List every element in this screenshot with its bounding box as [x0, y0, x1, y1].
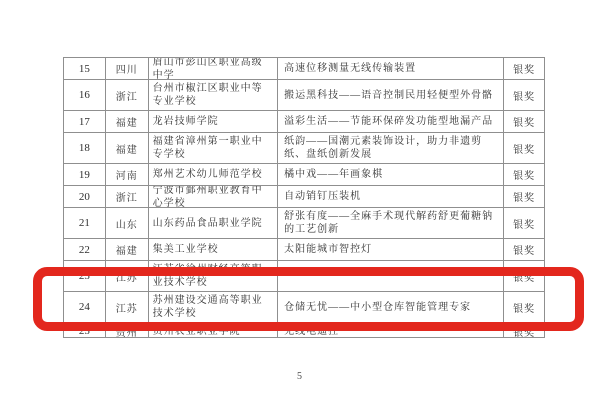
award-cell: 银奖: [504, 261, 544, 291]
province-cell: 福建: [106, 239, 149, 260]
school-cell: 集美工业学校: [149, 239, 278, 260]
row-number-cell: 22: [64, 239, 106, 260]
project-cell: 高速位移测量无线传输装置: [278, 58, 504, 79]
award-cell: 银奖: [504, 239, 544, 260]
project-cell: [278, 261, 504, 291]
project-cell: 搬运黑科技——语音控制民用轻便型外骨骼: [278, 80, 504, 110]
province-cell: 贵州: [106, 323, 149, 338]
award-cell: 银奖: [504, 133, 544, 163]
school-cell: 福建省漳州第一职业中专学校: [149, 133, 278, 163]
table-row: 17福建龙岩技师学院溢彩生活——节能环保碎发功能型地漏产品银奖: [64, 111, 544, 133]
school-cell: 郑州艺术幼儿师范学校: [149, 164, 278, 185]
table-row: 23江苏江苏省徐州财经高等职业技术学校银奖: [64, 261, 544, 292]
project-cell: 仓储无忧——中小型仓库智能管理专家: [278, 292, 504, 322]
school-cell: 宁波市鄞州职业教育中心学校: [149, 186, 278, 207]
awards-table: 15四川眉山市彭山区职业高级中学高速位移测量无线传输装置银奖16浙江台州市椒江区…: [63, 57, 545, 338]
table-row: 19河南郑州艺术幼儿师范学校橘中戏——年画象棋银奖: [64, 164, 544, 186]
school-cell: 龙岩技师学院: [149, 111, 278, 132]
row-number-cell: 15: [64, 58, 106, 79]
project-cell: 纸韵——国潮元素装饰设计，助力非遗剪纸、盘纸创新发展: [278, 133, 504, 163]
province-cell: 江苏: [106, 292, 149, 322]
award-cell: 银奖: [504, 323, 544, 338]
row-number-cell: 24: [64, 292, 106, 322]
row-number-cell: 21: [64, 208, 106, 238]
province-cell: 福建: [106, 133, 149, 163]
school-cell: 眉山市彭山区职业高级中学: [149, 58, 278, 79]
project-cell: 太阳能城市智控灯: [278, 239, 504, 260]
row-number-cell: 23: [64, 261, 106, 291]
school-cell: 台州市椒江区职业中等专业学校: [149, 80, 278, 110]
school-cell: 苏州建设交通高等职业技术学校: [149, 292, 278, 322]
award-cell: 银奖: [504, 80, 544, 110]
table-row: 24江苏苏州建设交通高等职业技术学校仓储无忧——中小型仓库智能管理专家银奖: [64, 292, 544, 323]
project-cell: 无线电遥控: [278, 323, 504, 338]
table-row: 18福建福建省漳州第一职业中专学校纸韵——国潮元素装饰设计，助力非遗剪纸、盘纸创…: [64, 133, 544, 164]
row-number-cell: 25: [64, 323, 106, 338]
row-number-cell: 20: [64, 186, 106, 207]
project-cell: 舒张有度——全麻手术现代解药舒更葡糖钠的工艺创新: [278, 208, 504, 238]
province-cell: 山东: [106, 208, 149, 238]
table-row: 16浙江台州市椒江区职业中等专业学校搬运黑科技——语音控制民用轻便型外骨骼银奖: [64, 80, 544, 111]
school-cell: 山东药品食品职业学院: [149, 208, 278, 238]
table-row: 15四川眉山市彭山区职业高级中学高速位移测量无线传输装置银奖: [64, 58, 544, 80]
award-cell: 银奖: [504, 292, 544, 322]
project-cell: 自动销钉压装机: [278, 186, 504, 207]
row-number-cell: 18: [64, 133, 106, 163]
row-number-cell: 16: [64, 80, 106, 110]
province-cell: 四川: [106, 58, 149, 79]
province-cell: 浙江: [106, 186, 149, 207]
project-cell: 溢彩生活——节能环保碎发功能型地漏产品: [278, 111, 504, 132]
document-page: 15四川眉山市彭山区职业高级中学高速位移测量无线传输装置银奖16浙江台州市椒江区…: [0, 0, 599, 417]
project-cell: 橘中戏——年画象棋: [278, 164, 504, 185]
award-cell: 银奖: [504, 58, 544, 79]
school-cell: 江苏省徐州财经高等职业技术学校: [149, 261, 278, 291]
table-row: 20浙江宁波市鄞州职业教育中心学校自动销钉压装机银奖: [64, 186, 544, 208]
row-number-cell: 17: [64, 111, 106, 132]
award-cell: 银奖: [504, 111, 544, 132]
table-row: 25贵州贵州农业职业学院无线电遥控银奖: [64, 323, 544, 338]
school-cell: 贵州农业职业学院: [149, 323, 278, 338]
province-cell: 福建: [106, 111, 149, 132]
province-cell: 江苏: [106, 261, 149, 291]
page-number: 5: [0, 371, 599, 382]
table-row: 22福建集美工业学校太阳能城市智控灯银奖: [64, 239, 544, 261]
award-cell: 银奖: [504, 186, 544, 207]
province-cell: 河南: [106, 164, 149, 185]
row-number-cell: 19: [64, 164, 106, 185]
province-cell: 浙江: [106, 80, 149, 110]
award-cell: 银奖: [504, 208, 544, 238]
table-row: 21山东山东药品食品职业学院舒张有度——全麻手术现代解药舒更葡糖钠的工艺创新银奖: [64, 208, 544, 239]
award-cell: 银奖: [504, 164, 544, 185]
